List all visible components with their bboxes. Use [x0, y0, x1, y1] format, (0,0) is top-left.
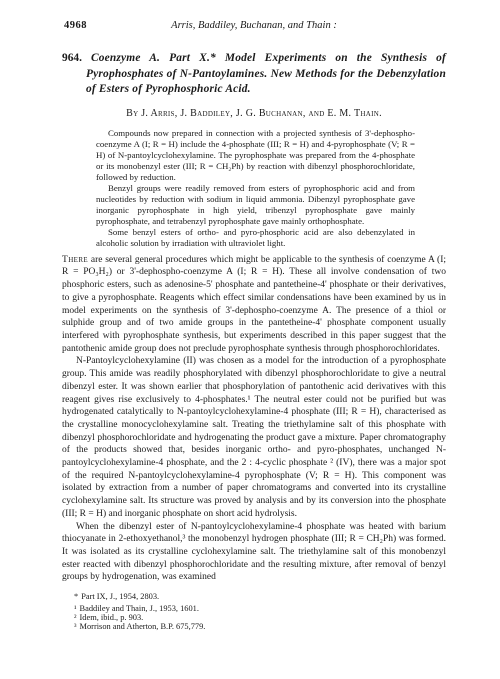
- footnotes: *Part IX, J., 1954, 2803. ¹Baddiley and …: [62, 592, 446, 631]
- byline: By J. Arris, J. Baddiley, J. G. Buchanan…: [62, 108, 446, 119]
- footnote-2: ²Idem, ibid., p. 903.: [74, 613, 446, 622]
- footnote-marker: *: [74, 592, 78, 601]
- footnote-text: Part IX, J., 1954, 2803.: [81, 592, 159, 601]
- footnote-3: ³Morrison and Atherton, B.P. 675,779.: [74, 622, 446, 631]
- body-paragraph-2: N-Pantoylcyclohexylamine (II) was chosen…: [62, 355, 446, 520]
- body-paragraph-1: There are several general procedures whi…: [62, 254, 446, 356]
- footnote-text: Idem, ibid., p. 903.: [80, 613, 144, 622]
- abstract-paragraph-2: Benzyl groups were readily removed from …: [96, 183, 415, 227]
- page-header: 4968 Arris, Baddiley, Buchanan, and Thai…: [62, 20, 446, 34]
- footnote-star: *Part IX, J., 1954, 2803.: [74, 592, 446, 601]
- footnote-text: Morrison and Atherton, B.P. 675,779.: [80, 622, 206, 631]
- abstract-paragraph-1: Compounds now prepared in connection wit…: [96, 128, 415, 183]
- body-paragraph-3: When the dibenzyl ester of N-pantoylcycl…: [62, 521, 446, 585]
- footnote-text: Baddiley and Thain, J., 1953, 1601.: [80, 604, 199, 613]
- body-paragraph-1-text: are several general procedures which mig…: [62, 255, 446, 354]
- running-head: Arris, Baddiley, Buchanan, and Thain :: [62, 20, 446, 31]
- article-body: There are several general procedures whi…: [62, 254, 446, 584]
- abstract: Compounds now prepared in connection wit…: [96, 128, 415, 249]
- abstract-paragraph-3: Some benzyl esters of ortho- and pyro-ph…: [96, 227, 415, 249]
- footnote-marker: ³: [74, 622, 77, 631]
- footnote-1: ¹Baddiley and Thain, J., 1953, 1601.: [74, 604, 446, 613]
- footnote-marker: ²: [74, 613, 77, 622]
- footnote-marker: ¹: [74, 604, 77, 613]
- article-title-text: Coenzyme A. Part X.* Model Experiments o…: [86, 52, 446, 95]
- article-number: 964.: [62, 52, 82, 64]
- article-title: 964.Coenzyme A. Part X.* Model Experimen…: [62, 51, 446, 98]
- lead-word: There: [62, 255, 88, 265]
- page-number: 4968: [64, 20, 87, 31]
- journal-page: 4968 Arris, Baddiley, Buchanan, and Thai…: [0, 0, 500, 679]
